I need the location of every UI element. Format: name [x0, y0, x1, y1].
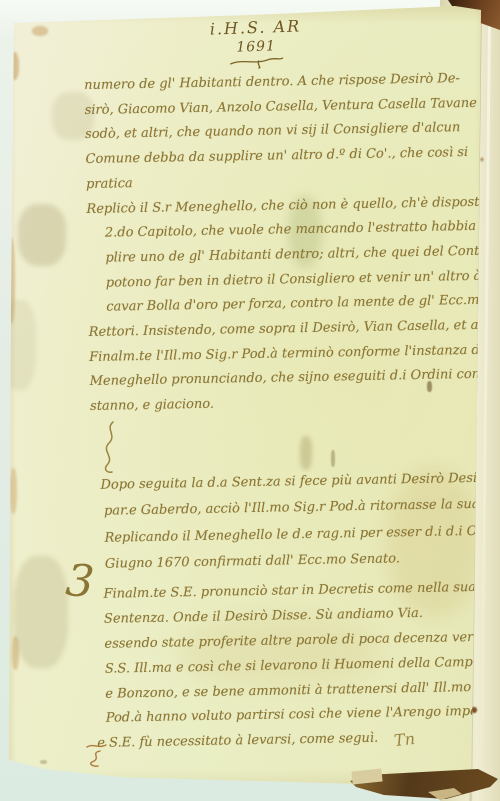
manuscript-paragraph: Finalm.te S.E. pronunciò star in Decreti… [93, 576, 496, 757]
year-underline-flourish [228, 54, 284, 70]
ink-bleedthrough [14, 556, 68, 668]
manuscript-paragraph: Dopo seguita la d.a Sent.za si fece più … [91, 465, 493, 578]
page-header: i.H.S. AR 1691 [191, 16, 321, 71]
paragraph-divider-squiggle [100, 420, 122, 476]
fore-edge-highlight [480, 0, 492, 801]
edge-browning-spot [32, 26, 48, 36]
ink-speck [40, 760, 47, 764]
closing-initials: Tn [393, 729, 416, 750]
ink-bleedthrough [18, 204, 66, 266]
margin-section-number: 3 [64, 555, 96, 608]
edge-browning-spot [10, 468, 17, 514]
manuscript-paragraph: numero de gl' Habitanti dentro. A che ri… [84, 67, 486, 198]
scan-background: i.H.S. AR 1691 numero de gl' Habitanti d… [0, 0, 500, 801]
ink-bleedthrough [2, 300, 36, 390]
header-year: 1691 [192, 37, 320, 57]
manuscript-page: i.H.S. AR 1691 numero de gl' Habitanti d… [0, 0, 500, 801]
stack-speck [480, 156, 484, 163]
header-invocation: i.H.S. AR [191, 16, 320, 39]
end-flourish [85, 742, 109, 768]
edge-browning-spot [10, 52, 19, 80]
manuscript-paragraph: Replicò il S.r Meneghello, che ciò non è… [86, 190, 490, 420]
manuscript-text: numero de gl' Habitanti dentro. A che ri… [84, 67, 496, 757]
